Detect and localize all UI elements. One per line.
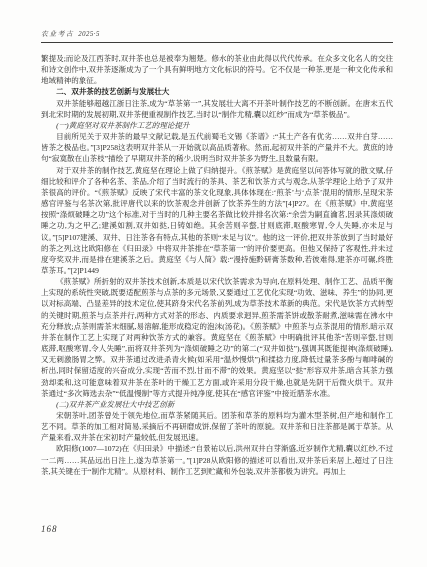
body-paragraph: 对于双井茶的制作技艺,黄庭坚在理论上做了归纳提升。《煎茶赋》是黄庭坚以问答体写就…	[41, 165, 393, 277]
page-content-area: 农业考古2025·5 繁提及;而论及江西茶时,双井茶也总是被奉为翘楚。修水的茶业…	[41, 28, 393, 477]
section-heading: 二、双井茶的技艺创新与发展壮大	[41, 86, 393, 97]
journal-issue: 2025·5	[78, 31, 100, 38]
page-number: 168	[41, 524, 58, 534]
subsection-heading-1: (一)黄庭坚对双井茶制作工艺的理论提升	[41, 120, 393, 131]
body-paragraph: 双井茶能够超越江浙日注茶,成为“草茶第一”,其发展壮大离不开茶叶制作技艺的不断创…	[41, 98, 393, 120]
body-paragraph: 宋朝茶叶,团茶曾处于领先地位,而草茶紧随其后。团茶和草茶的原料均为灌木型茶树,但…	[41, 410, 393, 443]
body-paragraph-continuation: 繁提及;而论及江西茶时,双井茶也总是被奉为翘楚。修水的茶业由此得以代代传承。在众…	[41, 53, 393, 86]
journal-title: 农业考古	[41, 31, 74, 38]
running-header: 农业考古2025·5	[41, 28, 393, 42]
body-paragraph: 《煎茶赋》所折射的双井茶技术创新,本质是以宋代饮茶需求为导向,在原料处理、制作工…	[41, 276, 393, 399]
header-rule	[41, 42, 393, 43]
journal-page: 农业考古2025·5 繁提及;而论及江西茶时,双井茶也总是被奉为翘楚。修水的茶业…	[0, 0, 427, 567]
body-paragraph: 目前所见关于双井茶的最早文献记载,是五代前蜀毛文锡《茶谱》:“其土产各有优劣………	[41, 131, 393, 164]
subsection-heading-2: (二)双井茶产业发展壮大中技艺创新	[41, 399, 393, 410]
body-paragraph: 欧阳修(1007—1072)在《归田录》中描述:“自景祐以后,洪州双井白芽渐盛,…	[41, 443, 393, 476]
article-body: 繁提及;而论及江西茶时,双井茶也总是被奉为翘楚。修水的茶业由此得以代代传承。在众…	[41, 53, 393, 477]
